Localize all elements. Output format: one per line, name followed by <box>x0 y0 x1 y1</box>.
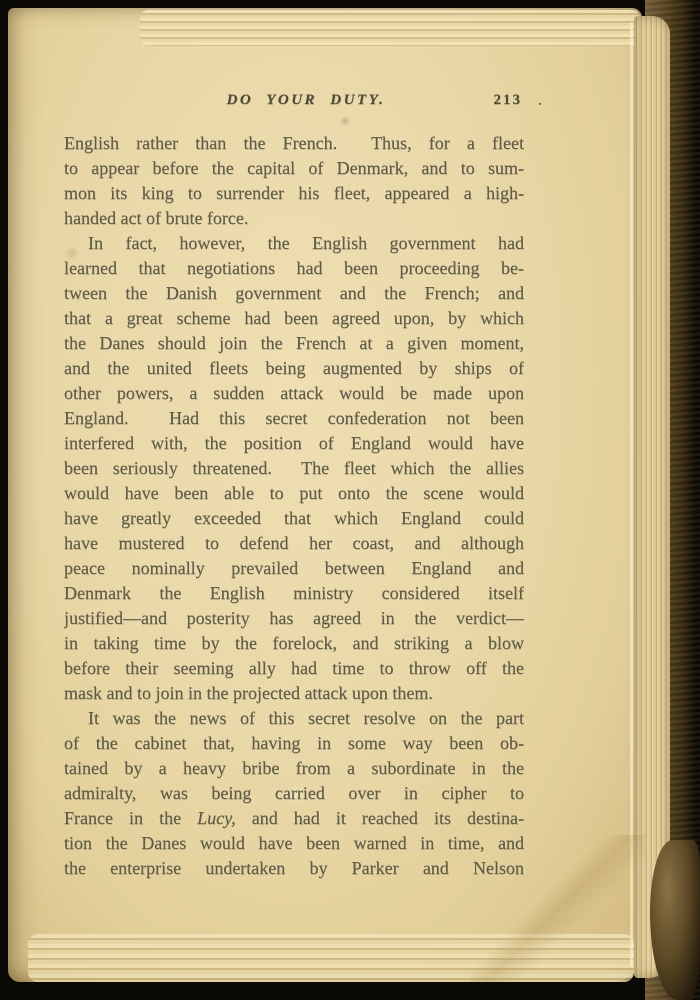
fore-edge-page-stack <box>634 16 670 978</box>
top-page-edges <box>140 10 640 46</box>
text-line: tained by a heavy bribe from a subordina… <box>64 756 524 781</box>
text-line: interfered with, the position of England… <box>64 431 524 456</box>
text-line: France in the Lucy, and had it reached i… <box>64 806 524 831</box>
body-text: English rather than the French. Thus, fo… <box>64 131 524 881</box>
running-header-title: DO YOUR DUTY. <box>227 92 386 109</box>
text-line: English rather than the French. Thus, fo… <box>64 131 524 156</box>
text-line: justified—and posterity has agreed in th… <box>64 606 524 631</box>
text-line: and the united fleets being augmented by… <box>64 356 524 381</box>
page-edge-seam <box>630 22 633 967</box>
text-line: would have been able to put onto the sce… <box>64 481 524 506</box>
book-page-scan: DO YOUR DUTY. 213 . English rather than … <box>0 0 700 1000</box>
text-line: the enterprise undertaken by Parker and … <box>64 856 524 881</box>
text-line: In fact, however, the English government… <box>64 231 524 256</box>
text-line: other powers, a sudden attack would be m… <box>64 381 524 406</box>
text-line: that a great scheme had been agreed upon… <box>64 306 524 331</box>
text-line: in taking time by the forelock, and stri… <box>64 631 524 656</box>
text-line: peace nominally prevailed between Englan… <box>64 556 524 581</box>
text-line: tween the Danish government and the Fren… <box>64 281 524 306</box>
text-line: mon its king to surrender his fleet, app… <box>64 181 524 206</box>
text-line: admiralty, was being carried over in cip… <box>64 781 524 806</box>
text-line: have greatly exceeded that which England… <box>64 506 524 531</box>
text-line: have mustered to defend her coast, and a… <box>64 531 524 556</box>
text-line: of the cabinet that, having in some way … <box>64 731 524 756</box>
text-line: the Danes should join the French at a gi… <box>64 331 524 356</box>
text-line: Denmark the English ministry considered … <box>64 581 524 606</box>
page-number: 213 <box>494 92 523 109</box>
text-line: It was the news of this secret resolve o… <box>64 706 524 731</box>
text-line: before their seeming ally had time to th… <box>64 656 524 681</box>
text-line: handed act of brute force. <box>64 206 524 231</box>
text-line: mask and to join in the projected attack… <box>64 681 524 706</box>
text-line: England. Had this secret confederation n… <box>64 406 524 431</box>
paper-blemish <box>339 116 351 126</box>
text-line: tion the Danes would have been warned in… <box>64 831 524 856</box>
page-number-mark: . <box>538 93 542 110</box>
running-header: DO YOUR DUTY. 213 . <box>64 92 524 116</box>
text-line: learned that negotiations had been proce… <box>64 256 524 281</box>
text-line: been seriously threatened. The fleet whi… <box>64 456 524 481</box>
text-line: to appear before the capital of Denmark,… <box>64 156 524 181</box>
